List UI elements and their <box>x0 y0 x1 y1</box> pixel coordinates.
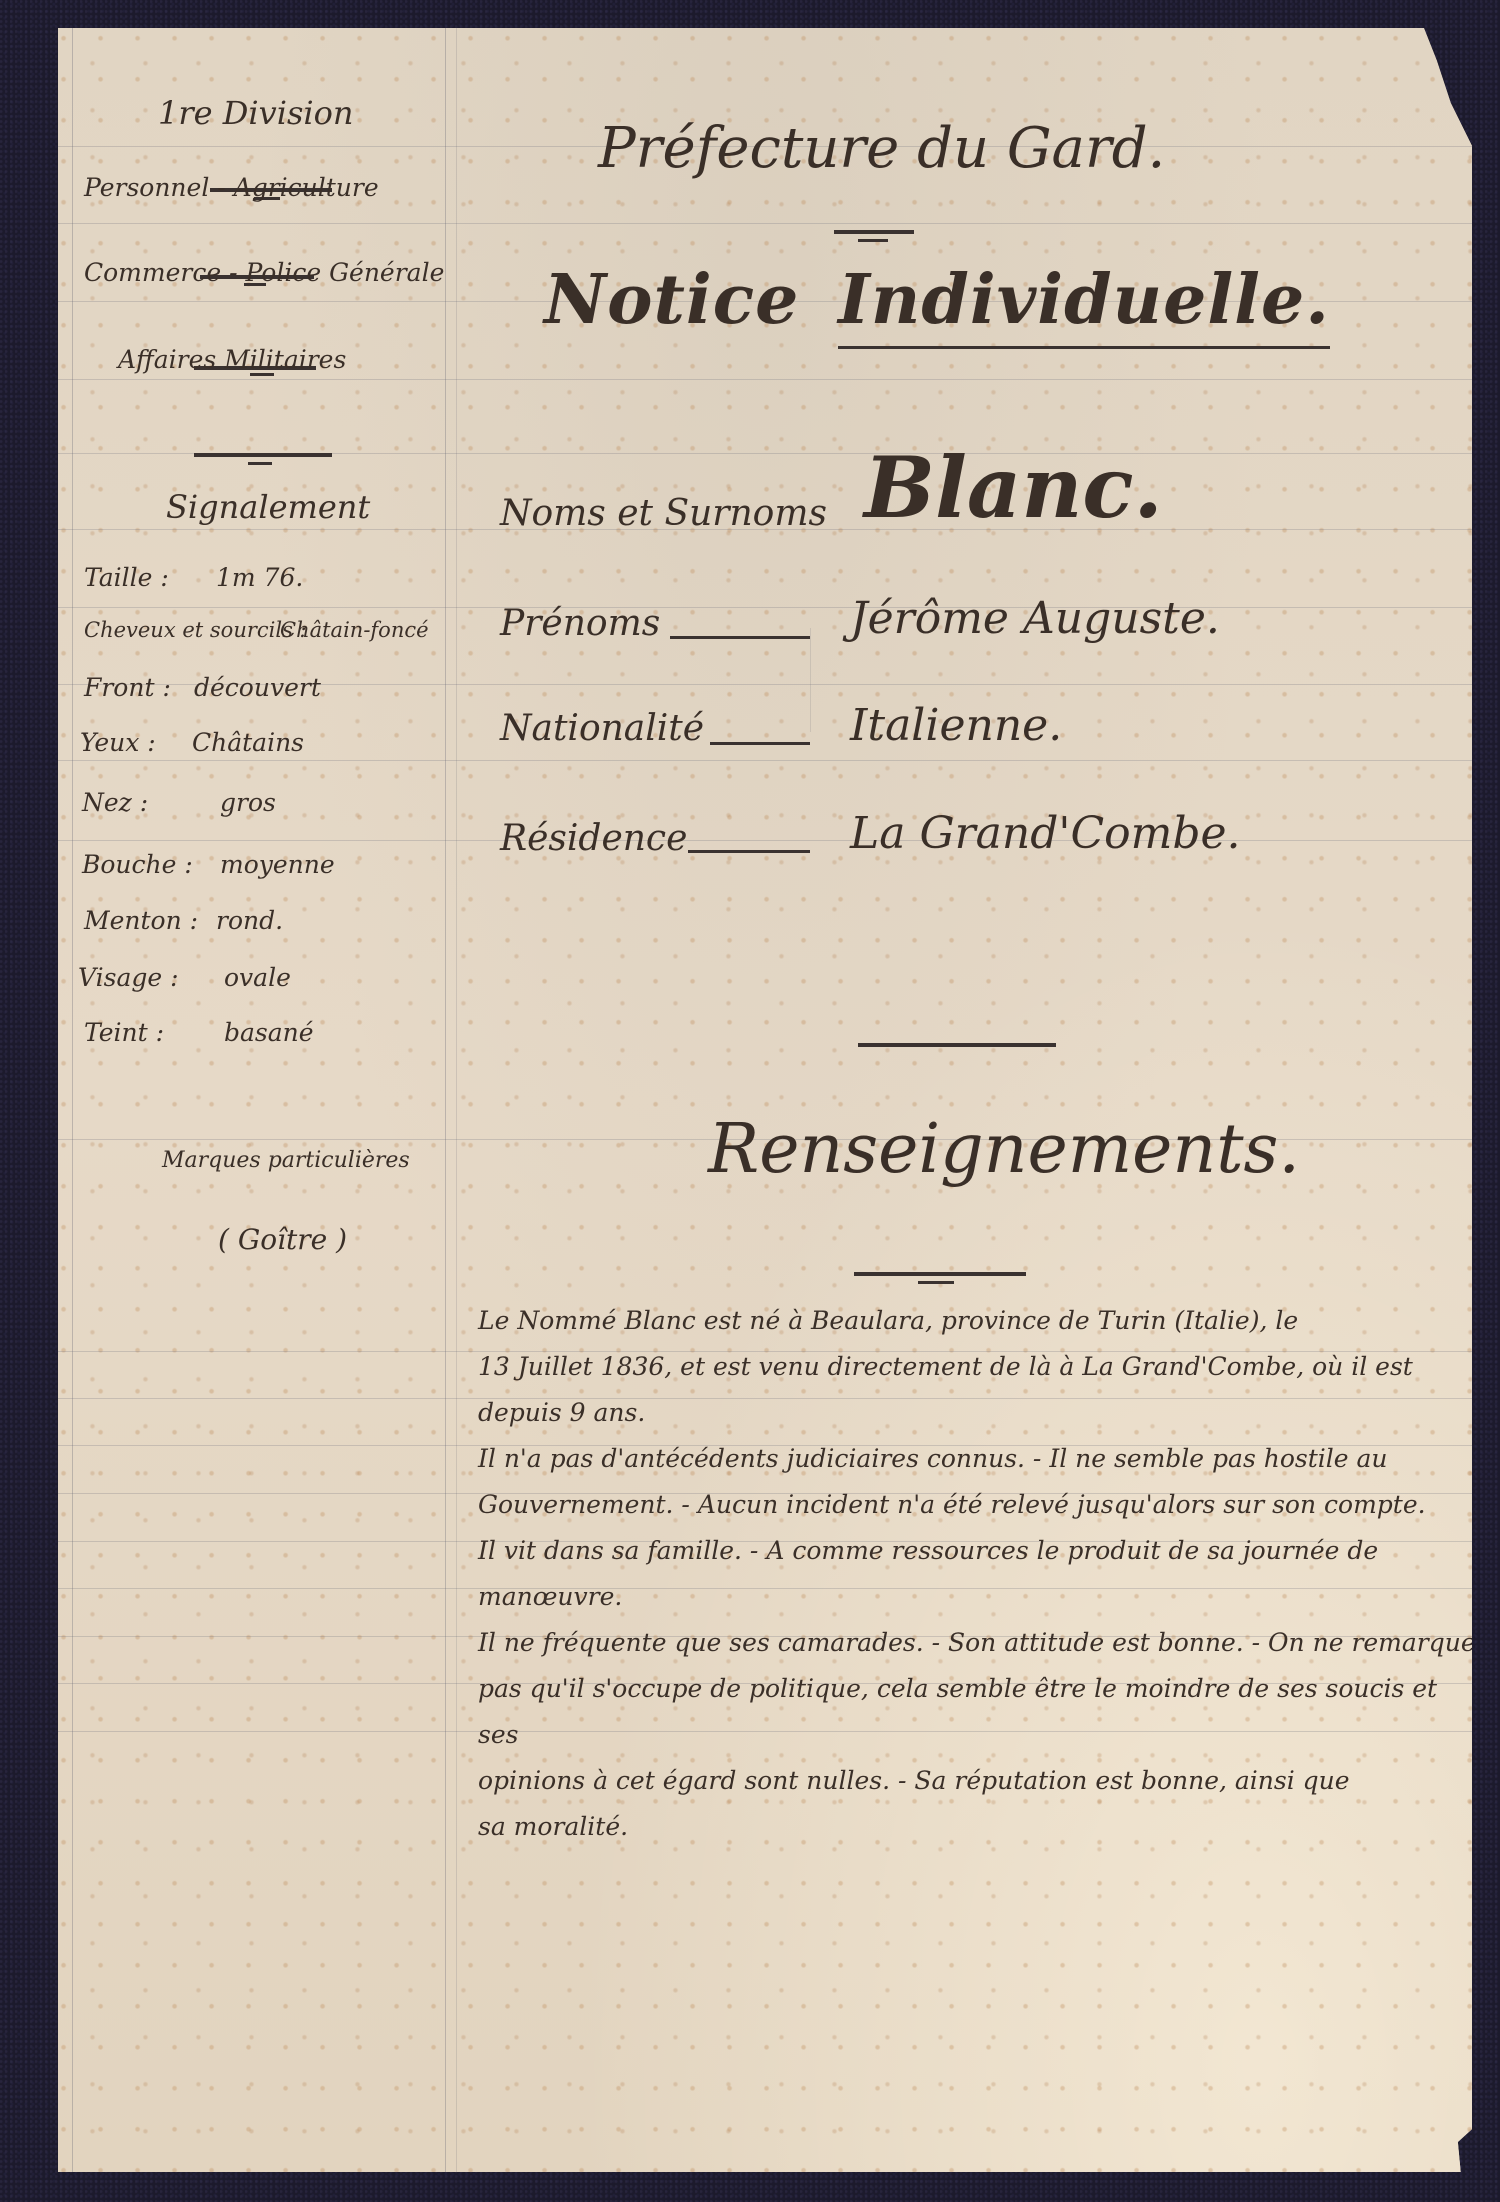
text-line: Il vit dans sa famille. - A comme ressou… <box>478 1528 1478 1620</box>
notice-title-part1: Notice <box>544 260 799 340</box>
signalement-row: Visage : ovale <box>78 963 179 992</box>
renseignements-text: Le Nommé Blanc est né à Beaulara, provin… <box>478 1298 1478 1850</box>
signalement-value: découvert <box>194 673 321 702</box>
separator <box>834 230 914 234</box>
separator <box>194 453 332 457</box>
text-line: pas qu'il s'occupe de politique, cela se… <box>478 1666 1478 1758</box>
text-line: Il ne fréquente que ses camarades. - Son… <box>478 1620 1478 1666</box>
signalement-value: Châtain-foncé <box>280 618 429 642</box>
separator <box>858 239 888 242</box>
marques-value: ( Goître ) <box>218 1223 347 1256</box>
column-divider <box>456 28 457 2172</box>
field-dash <box>688 850 810 853</box>
signalement-title: Signalement <box>166 488 370 526</box>
ruled-line <box>58 607 1472 608</box>
renseignements-title: Renseignements. <box>708 1110 1300 1189</box>
signalement-label: Visage : <box>78 963 179 992</box>
ruled-line <box>58 840 1472 841</box>
ruled-line <box>58 379 1472 380</box>
signalement-label: Nez : <box>82 788 148 817</box>
text-line: opinions à cet égard sont nulles. - Sa r… <box>478 1758 1478 1804</box>
text-line: Gouvernement. - Aucun incident n'a été r… <box>478 1482 1478 1528</box>
text-line: 13 Juillet 1836, et est venu directement… <box>478 1344 1478 1436</box>
text-line: Il n'a pas d'antécédents judiciaires con… <box>478 1436 1478 1482</box>
signalement-value: moyenne <box>220 850 335 879</box>
signalement-value: Châtains <box>192 728 304 757</box>
signalement-value: gros <box>220 788 276 817</box>
signalement-label: Teint : <box>84 1018 164 1047</box>
signalement-value: rond. <box>216 906 283 935</box>
signalement-row: Cheveux et sourcils : Châtain-foncé <box>84 618 307 642</box>
text-line: sa moralité. <box>478 1804 1478 1850</box>
field-dash <box>670 636 810 639</box>
text-line: Le Nommé Blanc est né à Beaulara, provin… <box>478 1298 1478 1344</box>
separator <box>918 1281 954 1284</box>
signalement-label: Cheveux et sourcils : <box>84 618 307 642</box>
field-label-residence: Résidence <box>500 818 687 859</box>
signalement-value: ovale <box>224 963 291 992</box>
ruled-line <box>58 760 1472 761</box>
ruled-line <box>58 223 1472 224</box>
notice-title-part2: Individuelle. <box>838 260 1330 349</box>
signalement-label: Bouche : <box>82 850 193 879</box>
signalement-row: Teint : basané <box>84 1018 164 1047</box>
department-3: Affaires Militaires <box>118 345 346 374</box>
signalement-row: Yeux : Châtains <box>80 728 156 757</box>
separator <box>248 462 272 465</box>
signalement-row: Nez : gros <box>82 788 148 817</box>
margin-line <box>72 28 73 2172</box>
field-dash <box>710 742 810 745</box>
field-label-prenoms: Prénoms <box>500 603 660 644</box>
signalement-value: 1m 76. <box>216 563 303 592</box>
column-divider <box>445 28 446 2172</box>
field-label-nationalite: Nationalité <box>500 708 704 749</box>
separator <box>854 1272 1026 1276</box>
notice-title: Notice Individuelle. <box>544 260 1330 340</box>
signalement-value: basané <box>224 1018 314 1047</box>
field-value-residence: La Grand'Combe. <box>850 808 1241 859</box>
separator <box>858 1043 1056 1047</box>
document-page: 1re Division Personnel - Agriculture Com… <box>58 28 1472 2172</box>
field-value-nom: Blanc. <box>864 438 1163 537</box>
signalement-label: Front : <box>84 673 171 702</box>
signalement-row: Menton : rond. <box>84 906 198 935</box>
signalement-label: Menton : <box>84 906 198 935</box>
signalement-label: Taille : <box>84 563 169 592</box>
signalement-row: Taille : 1m 76. <box>84 563 169 592</box>
prefecture-heading: Préfecture du Gard. <box>598 116 1165 181</box>
field-value-prenoms: Jérôme Auguste. <box>850 593 1220 644</box>
signalement-row: Front : découvert <box>84 673 171 702</box>
department-1: Personnel - Agriculture <box>84 173 379 202</box>
division-label: 1re Division <box>158 94 354 132</box>
signalement-label: Yeux : <box>80 728 156 757</box>
marques-title: Marques particulières <box>162 1148 410 1173</box>
field-value-nationalite: Italienne. <box>850 700 1062 751</box>
department-2: Commerce - Police Générale <box>84 258 444 287</box>
field-divider <box>810 628 811 732</box>
signalement-row: Bouche : moyenne <box>82 850 193 879</box>
field-label-nom: Noms et Surnoms <box>500 493 827 534</box>
